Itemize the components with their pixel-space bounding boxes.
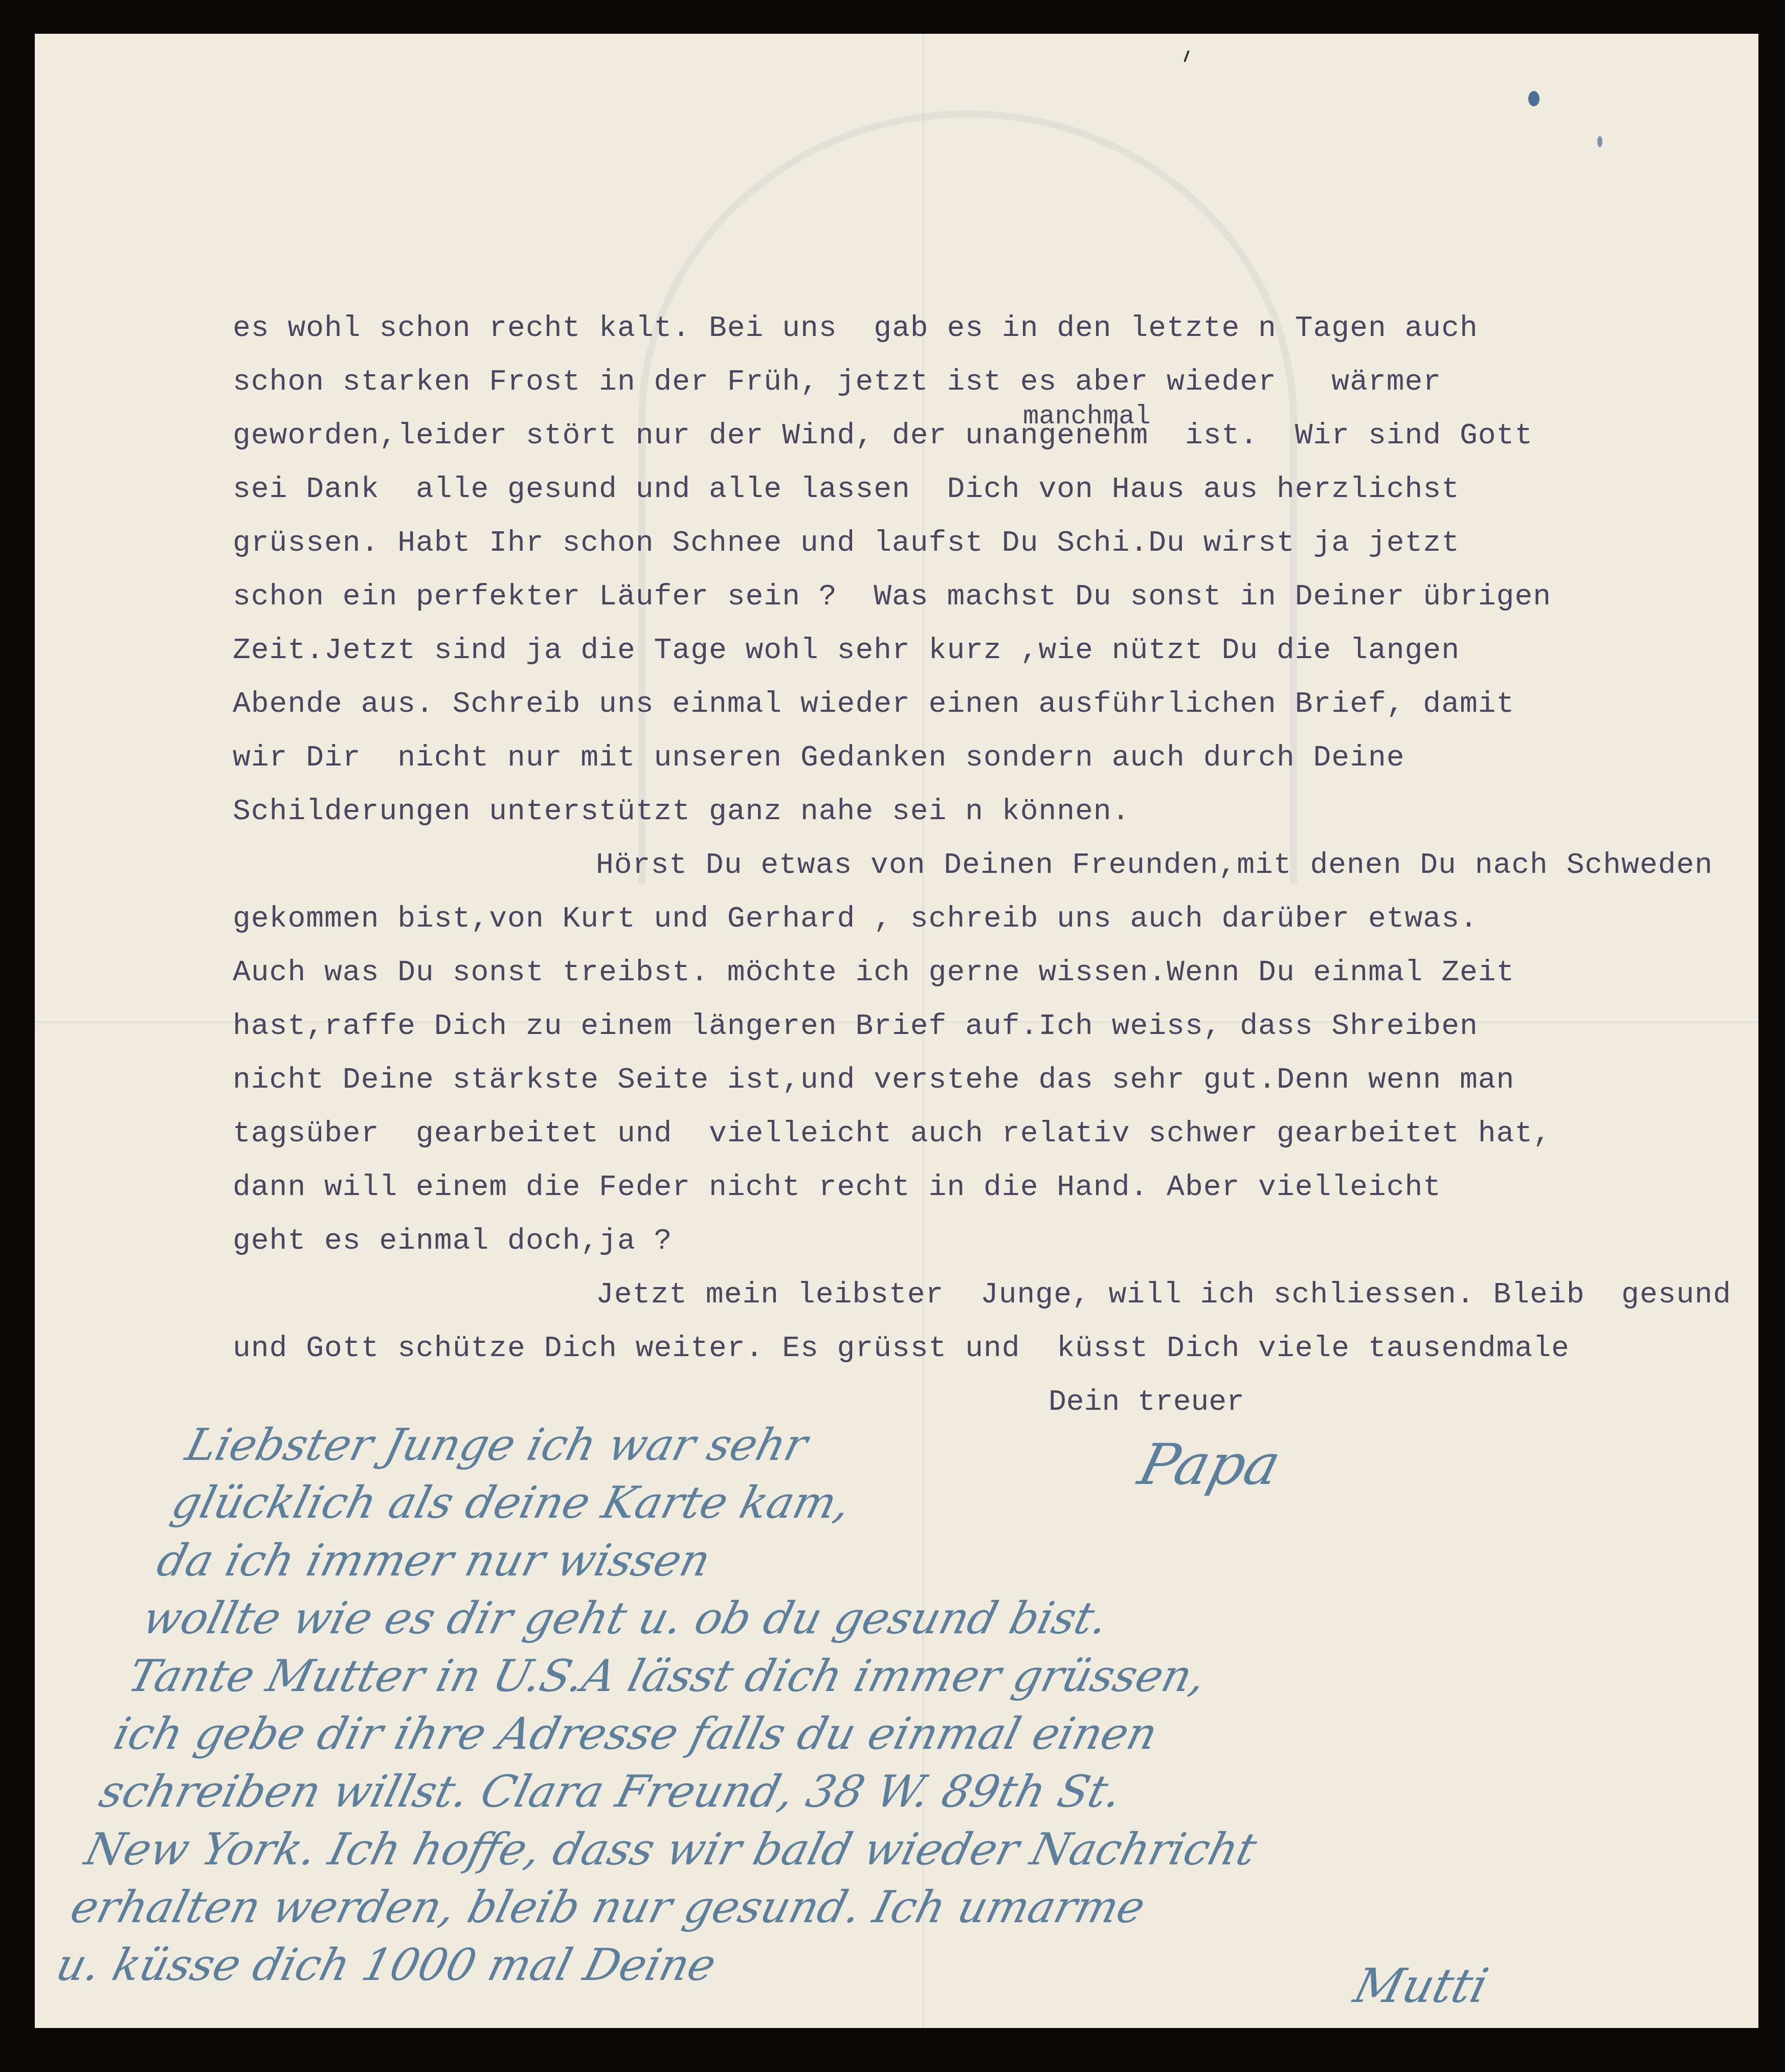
typed-line: grüssen. Habt Ihr schon Schnee und laufs… [233,516,1716,570]
typed-line: Zeit.Jetzt sind ja die Tage wohl sehr ku… [233,624,1716,678]
typed-line: tagsüber gearbeitet und vielleicht auch … [233,1107,1716,1161]
typed-line: dann will einem die Feder nicht recht in… [233,1161,1716,1214]
typed-line: wir Dir nicht nur mit unseren Gedanken s… [233,731,1716,785]
typed-line: Schilderungen unterstützt ganz nahe sei … [233,785,1716,839]
typed-line: geht es einmal doch,ja ? [233,1214,1716,1268]
handwritten-line: Tante Mutter in U.S.A lässt dich immer g… [122,1648,1671,1705]
ink-blot [1528,91,1539,106]
ink-speck [1597,136,1602,147]
handwritten-line: erhalten werden, bleib nur gesund. Ich u… [64,1879,1613,1936]
handwritten-line: ich gebe dir ihre Adresse falls du einma… [108,1705,1657,1763]
handwritten-line: wollte wie es dir geht u. ob du gesund b… [137,1590,1685,1648]
typed-line: hast,raffe Dich zu einem längeren Brief … [233,1000,1716,1053]
typed-line: sei Dank alle gesund und alle lassen Dic… [233,463,1716,516]
typed-line: und Gott schütze Dich weiter. Es grüsst … [233,1322,1716,1376]
handwritten-line: New York. Ich hoffe, dass wir bald wiede… [79,1821,1628,1879]
typed-closing: Dein treuer [1048,1386,1244,1419]
handwritten-postscript: Liebster Junge ich war sehr glücklich al… [50,1416,1729,1994]
typed-line: schon starken Frost in der Früh, jetzt i… [233,355,1716,409]
typed-line: es wohl schon recht kalt. Bei uns gab es… [233,302,1716,355]
typed-line: gekommen bist,von Kurt und Gerhard , sch… [233,892,1716,946]
ink-mark [1184,50,1190,62]
handwritten-line: schreiben willst. Clara Freund, 38 W. 89… [94,1763,1642,1821]
typed-letter-body: es wohl schon recht kalt. Bei uns gab es… [233,302,1716,1376]
typed-line-paragraph-start: Jetzt mein leibster Junge, will ich schl… [233,1268,1716,1322]
handwritten-line: Liebster Junge ich war sehr [180,1416,1729,1474]
signature-mutti: Mutti [1349,1958,1494,2013]
typed-line: geworden,leider stört nur der Wind, der … [233,409,1716,463]
typed-line-paragraph-start: Hörst Du etwas von Deinen Freunden,mit d… [233,839,1716,892]
typed-line: Abende aus. Schreib uns einmal wieder ei… [233,678,1716,731]
handwritten-line: glücklich als deine Karte kam, [166,1474,1714,1532]
typed-line: nicht Deine stärkste Seite ist,und verst… [233,1053,1716,1107]
typed-line: schon ein perfekter Läufer sein ? Was ma… [233,570,1716,624]
typed-line: Auch was Du sonst treibst. möchte ich ge… [233,946,1716,1000]
handwritten-line: da ich immer nur wissen [151,1532,1700,1590]
typed-interlinear-insertion: manchmal [1023,401,1151,432]
